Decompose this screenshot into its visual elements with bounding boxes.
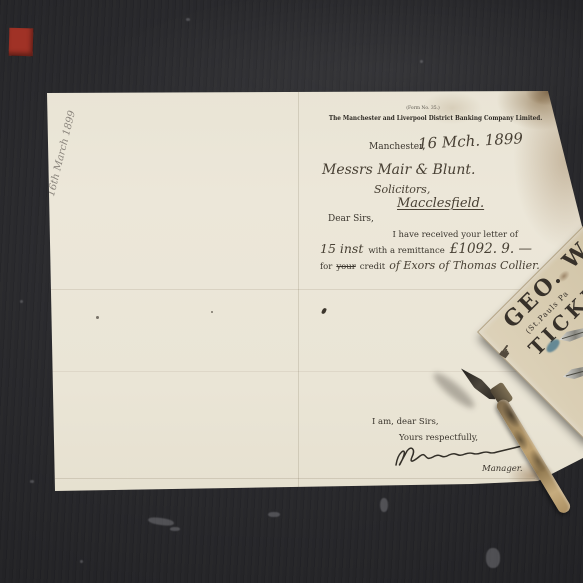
slate-chip [268, 512, 280, 517]
photo-scene: 16th March 1899 (Form No. 35.) The Manch… [0, 0, 583, 583]
slate-chip [380, 498, 388, 512]
margin-date-note: 16th March 1899 [42, 94, 82, 213]
paper-speck [96, 316, 99, 319]
fold-line-bottom [55, 478, 535, 479]
hw-amount: £1092. 9. — [450, 241, 532, 257]
closing-line-2: Yours respectfully, [399, 433, 478, 443]
steel-nib [562, 363, 583, 382]
hw-exors: of Exors of Thomas Collier. [389, 259, 539, 272]
form-number-note: (Form No. 35.) [318, 106, 528, 111]
slate-chip [80, 560, 83, 563]
closing-line-1: I am, dear Sirs, [372, 417, 439, 427]
red-corner-tag [9, 28, 34, 57]
printed-remittance: with a remittance [368, 246, 444, 256]
nib-slit [566, 369, 583, 377]
handwritten-date: 16 Mch. 1899 [418, 129, 524, 152]
slate-chip [186, 18, 190, 21]
fold-line-horizontal [47, 371, 567, 372]
salutation: Dear Sirs, [328, 214, 374, 224]
hw-inst-date: 15 inst [320, 241, 363, 256]
body-line-1: I have received your letter of [330, 230, 518, 240]
addressee-name: Messrs Mair & Blunt. [322, 162, 475, 178]
place-label: Manchester, [369, 142, 425, 152]
struck-your: your [336, 262, 355, 272]
letter-paper: 16th March 1899 (Form No. 35.) The Manch… [0, 0, 583, 583]
fold-line-horizontal [47, 289, 559, 290]
slate-chip [486, 548, 500, 568]
ink-blot [321, 308, 327, 315]
printed-for: for [320, 262, 332, 272]
printed-credit: credit [360, 262, 385, 272]
addressee-title: Solicitors, [374, 183, 430, 196]
body-line-3: for your credit of Exors of Thomas Colli… [320, 259, 540, 272]
slate-chip [30, 480, 34, 483]
slate-chip [170, 527, 180, 531]
slate-chip [420, 60, 423, 63]
paper-speck [211, 311, 213, 313]
slate-chip [148, 516, 175, 527]
bank-letterhead: The Manchester and Liverpool District Ba… [329, 114, 517, 122]
body-line-2: 15 inst with a remittance £1092. 9. — [320, 241, 532, 257]
slate-chip [20, 300, 23, 303]
fold-line-vertical [298, 91, 299, 491]
signer-role: Manager. [482, 464, 523, 474]
addressee-town: Macclesfield. [397, 196, 484, 211]
